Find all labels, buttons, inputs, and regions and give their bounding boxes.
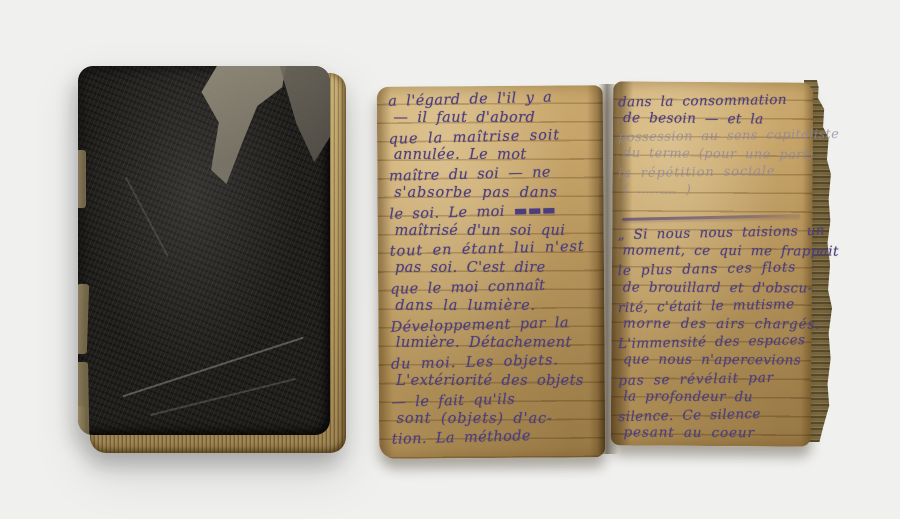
handwriting-line: ( ……… ) — [623, 181, 814, 201]
spine-worn-spot — [78, 150, 86, 208]
left-page-handwriting: a l'égard de l'il y a— il faut d'abordqu… — [388, 89, 606, 448]
cover-scratch — [150, 378, 296, 416]
handwriting-line: que le moi connaît — [390, 275, 604, 299]
handwriting-line: L'extériorité des objets — [396, 372, 605, 391]
handwriting-line: le soi. Le moi ▬▬▬ — [389, 200, 603, 224]
handwriting-line: a l'égard de l'il y a — [388, 87, 602, 111]
handwriting-line: pas se révélait par — [618, 368, 816, 390]
handwriting-line: — il faut d'abord — [393, 109, 602, 128]
handwriting-line: pesant au coeur — [623, 424, 816, 443]
right-page-handwriting-top: dans la consommationde besoin — et la — [618, 92, 814, 128]
right-page-handwriting-quote: „ Si nous nous taisions unmoment, ce qui… — [617, 223, 816, 442]
open-notebook: a l'égard de l'il y a— il faut d'abordqu… — [378, 74, 840, 470]
handwriting-line: que nous n'apercevions — [623, 351, 816, 370]
closed-notebook-cover — [78, 66, 330, 435]
spine-worn-spot — [78, 284, 89, 354]
right-page-handwriting-faded: possession au sens capitalistedu terme (… — [618, 128, 814, 200]
closed-notebook — [78, 66, 346, 453]
handwriting-line: le plus dans ces flots — [617, 258, 815, 280]
cover-scratch — [125, 177, 169, 257]
handwriting-line: s'absorbe pas dans — [394, 184, 603, 203]
cover-worn-patch — [190, 66, 286, 184]
handwriting-line: dans la lumière. — [395, 297, 604, 316]
handwriting-line: tion. La méthode — [392, 426, 606, 450]
cover-scratch — [122, 337, 303, 397]
photo-backdrop: a l'égard de l'il y a— il faut d'abordqu… — [0, 0, 900, 519]
spine-worn-spot — [78, 406, 85, 432]
handwriting-line: de brouillard et d'obscu- — [623, 278, 816, 297]
handwriting-line: — le fait qu'ils — [391, 388, 605, 412]
